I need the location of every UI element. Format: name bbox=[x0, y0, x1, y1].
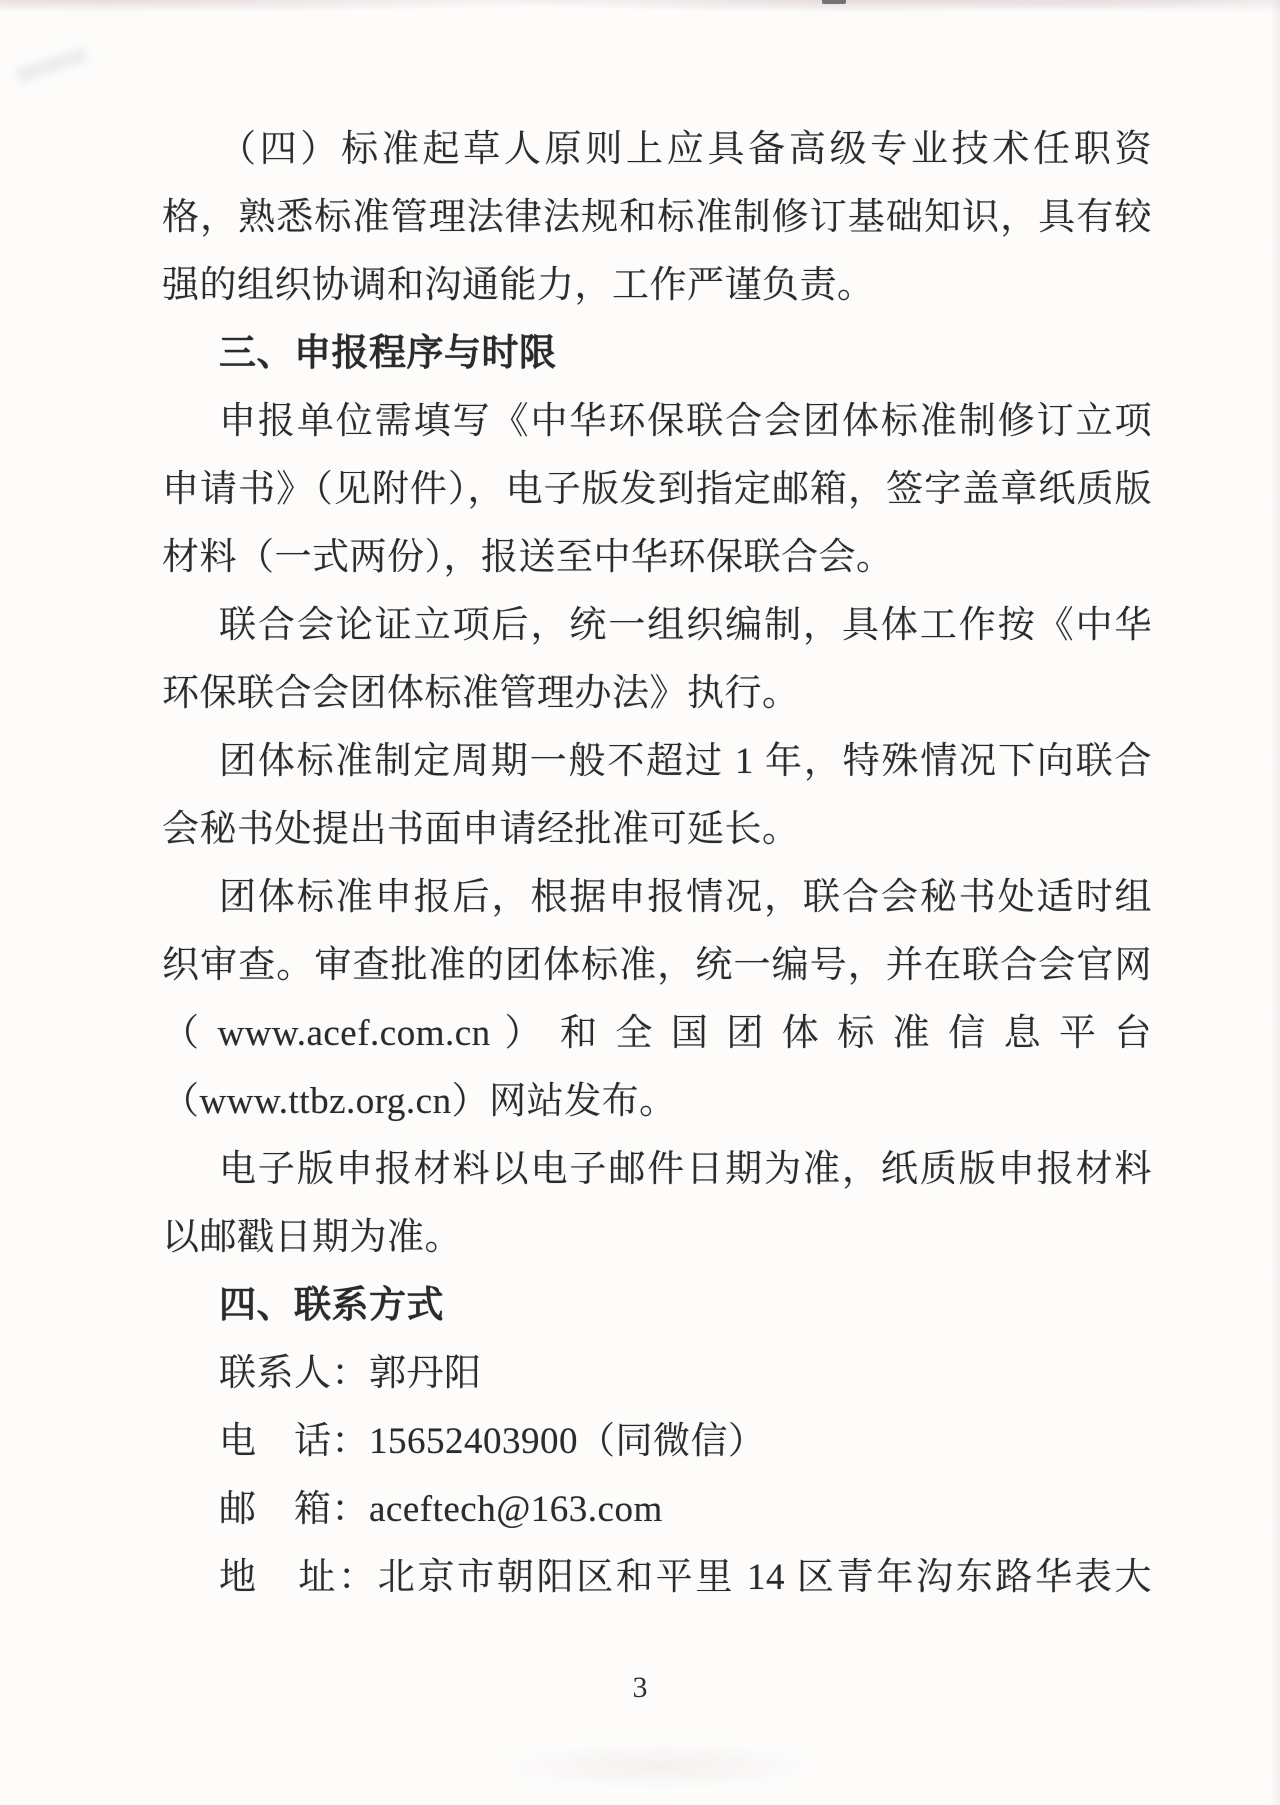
scan-top-edge-mark bbox=[822, 0, 846, 4]
para-review-line-2: 织审查。审查批准的团体标准，统一编号，并在联合会官网 bbox=[162, 932, 1152, 1000]
para-review-line-3-websites: （ www.acef.com.cn ） 和 全 国 团 体 标 准 信 息 平 … bbox=[162, 1000, 1152, 1068]
document-body: （四）标准起草人原则上应具备高级专业技术任职资 格，熟悉标准管理法律法规和标准制… bbox=[162, 116, 1152, 1612]
heading-section-3: 三、申报程序与时限 bbox=[162, 320, 1152, 388]
para-review-line-1: 团体标准申报后，根据申报情况，联合会秘书处适时组 bbox=[162, 864, 1152, 932]
para-application-line-2: 申请书》（见附件），电子版发到指定邮箱，签字盖章纸质版 bbox=[162, 456, 1152, 524]
heading-section-4: 四、联系方式 bbox=[162, 1272, 1152, 1340]
scan-top-edge-smudge bbox=[0, 0, 1280, 18]
para-approval-line-2: 环保联合会团体标准管理办法》执行。 bbox=[162, 660, 1152, 728]
para-cycle-line-2: 会秘书处提出书面申请经批准可延长。 bbox=[162, 796, 1152, 864]
para-qualification-line-2: 格，熟悉标准管理法律法规和标准制修订基础知识，具有较 bbox=[162, 184, 1152, 252]
para-application-line-1: 申报单位需填写《中华环保联合会团体标准制修订立项 bbox=[162, 388, 1152, 456]
contact-address-line: 地 址：北京市朝阳区和平里 14 区青年沟东路华表大 bbox=[162, 1544, 1152, 1612]
para-dates-line-1: 电子版申报材料以电子邮件日期为准，纸质版申报材料 bbox=[162, 1136, 1152, 1204]
para-dates-line-2: 以邮戳日期为准。 bbox=[162, 1204, 1152, 1272]
scan-right-edge-shade bbox=[1270, 0, 1280, 1805]
para-qualification-line-3: 强的组织协调和沟通能力，工作严谨负责。 bbox=[162, 252, 1152, 320]
contact-email-line: 邮 箱：aceftech@163.com bbox=[162, 1476, 1152, 1544]
scanned-document-page: （四）标准起草人原则上应具备高级专业技术任职资 格，熟悉标准管理法律法规和标准制… bbox=[0, 0, 1280, 1805]
para-review-line-4: （www.ttbz.org.cn）网站发布。 bbox=[162, 1068, 1152, 1136]
para-application-line-3: 材料（一式两份），报送至中华环保联合会。 bbox=[162, 524, 1152, 592]
para-approval-line-1: 联合会论证立项后，统一组织编制，具体工作按《中华 bbox=[162, 592, 1152, 660]
scan-bottom-smudge bbox=[430, 1731, 890, 1801]
contact-phone-line: 电 话：15652403900（同微信） bbox=[162, 1408, 1152, 1476]
scan-left-streak bbox=[16, 47, 89, 83]
para-qualification-line-1: （四）标准起草人原则上应具备高级专业技术任职资 bbox=[162, 116, 1152, 184]
contact-person-line: 联系人：郭丹阳 bbox=[162, 1340, 1152, 1408]
para-cycle-line-1: 团体标准制定周期一般不超过 1 年，特殊情况下向联合 bbox=[162, 728, 1152, 796]
page-number: 3 bbox=[0, 1664, 1280, 1712]
